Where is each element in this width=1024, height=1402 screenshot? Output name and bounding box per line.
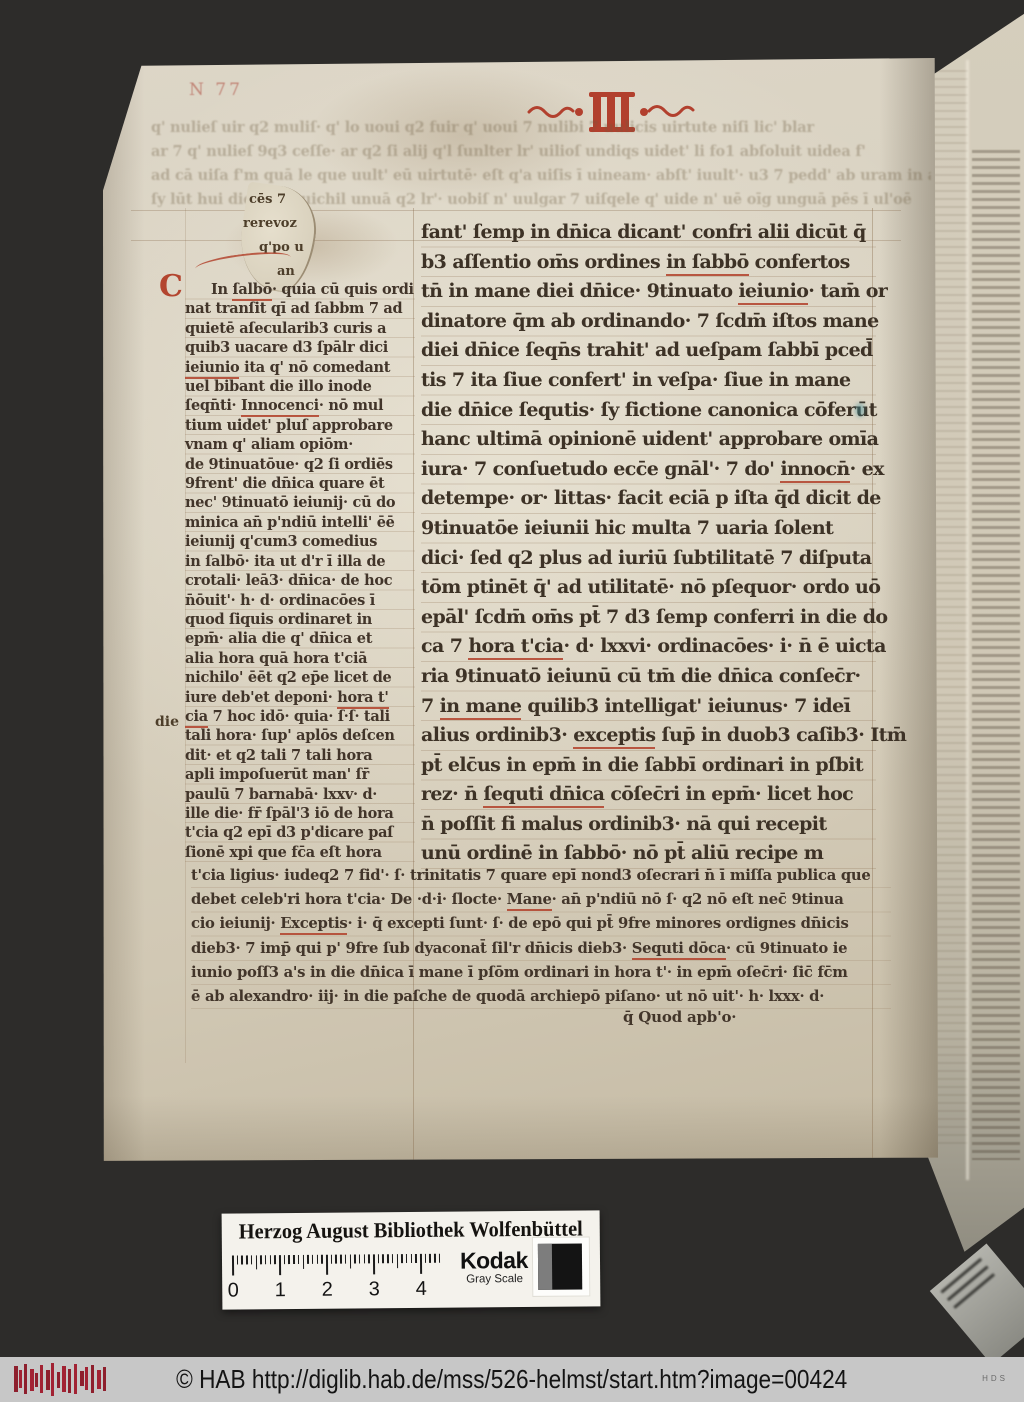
manuscript-line: pt̄ elc̄us in epm̄ in die ſabbī ordinari… bbox=[421, 751, 876, 781]
manuscript-line: tali hora· ſup' aplōs deſcen bbox=[185, 726, 415, 745]
manuscript-page: N 77 q' nulieſ uir q2 mul bbox=[103, 58, 938, 1162]
ruler-tick bbox=[302, 1255, 304, 1269]
next-page-showthrough-text bbox=[972, 150, 1020, 1160]
manuscript-line: iure deb'et deponi· hora t' bbox=[185, 688, 415, 707]
ruler-tick bbox=[312, 1255, 314, 1264]
kodak-brand: Kodak bbox=[460, 1247, 528, 1275]
red-underlined-word: exceptis bbox=[573, 724, 655, 749]
barcode-bar bbox=[91, 1365, 94, 1393]
red-underlined-word: in mane bbox=[440, 695, 522, 720]
manuscript-line: dieb3· 7 imp̄ qui p' 9fre ſub dyaconat̄ … bbox=[191, 937, 891, 961]
manuscript-line: ieiunij q'cum3 comedius bbox=[185, 532, 415, 551]
red-underlined-word: ieiunio bbox=[185, 359, 239, 379]
red-underlined-word: hora t'cia bbox=[468, 635, 563, 660]
red-underlined-word: ieiunio bbox=[738, 280, 808, 305]
bottom-text-block: t'cia ligius· iudeq2 7 fid'· ſ· trinitat… bbox=[191, 864, 891, 1009]
manuscript-line: nichilo' ēēt q2 ep̄e licet de bbox=[185, 668, 415, 687]
manuscript-line: n̄ poſſit fi malus ordinib3· nā qui rece… bbox=[421, 810, 876, 840]
manuscript-line: tis 7 ita ſiue confert' in veſpa· ſiue i… bbox=[421, 366, 876, 396]
manuscript-line: tn̄ in mane diei dn̄ice· 9tinuato ieiuni… bbox=[421, 277, 876, 307]
red-initial: C bbox=[159, 272, 183, 302]
ruler-tick bbox=[345, 1255, 347, 1264]
ruler-tick bbox=[425, 1254, 427, 1263]
manuscript-line: apli impoſuerūt man' ſr̄ bbox=[185, 765, 415, 784]
ruler-tick bbox=[415, 1254, 417, 1263]
digitized-manuscript-scan: N 77 q' nulieſ uir q2 mul bbox=[0, 0, 1024, 1402]
ruler-number: 4 bbox=[416, 1278, 427, 1301]
ruler-tick bbox=[401, 1254, 403, 1263]
library-scale-label: Herzog August Bibliothek Wolfenbüttel 01… bbox=[222, 1210, 601, 1309]
manuscript-line: tium uidet' pluſ approbare bbox=[185, 416, 415, 435]
barcode-bar bbox=[46, 1370, 50, 1390]
ruler-tick bbox=[335, 1255, 337, 1264]
ruler-tick bbox=[307, 1255, 309, 1264]
right-text-column: fant' ſemp in dn̄ica dicant' confri alii… bbox=[421, 218, 876, 869]
manuscript-line: 9frent' die dn̄ica quare ēt bbox=[185, 474, 415, 493]
manuscript-line: ē ab alexandro· iij· in die paſche de qu… bbox=[191, 985, 891, 1009]
ruler-tick bbox=[232, 1256, 235, 1276]
ruler-tick bbox=[439, 1254, 441, 1263]
manuscript-line: diei dn̄ice ſeqn̄s trahit' ad ueſpam ſab… bbox=[421, 336, 876, 366]
manuscript-line: t'cia ligius· iudeq2 7 fid'· ſ· trinitat… bbox=[191, 864, 891, 888]
barcode-bar bbox=[30, 1369, 34, 1391]
ruler-tick bbox=[364, 1254, 366, 1263]
manuscript-line: minica an̄ p'ndiū intelli' ēē bbox=[185, 513, 415, 532]
manuscript-line: vnam q' aliam opiōm· bbox=[185, 435, 415, 454]
red-underlined-word: innocn̄ bbox=[780, 458, 849, 483]
manuscript-line: ſeqn̄ti· Innocenci· nō mul bbox=[185, 396, 415, 415]
manuscript-line: ca 7 hora t'cia· d· lxxvi· ordinacōes· i… bbox=[421, 632, 876, 662]
manuscript-line: n̄ōuit'· h· d· ordinacōes ī bbox=[185, 591, 415, 610]
ruler-number: 2 bbox=[322, 1279, 333, 1302]
manuscript-line: ille die· fr̄ ſpāl'3 iō de hora bbox=[185, 804, 415, 823]
ruler-tick bbox=[279, 1255, 282, 1275]
manuscript-line: 9tinuatōe ieiunii hic multa 7 uaria ſole… bbox=[421, 514, 876, 544]
red-underlined-word: ſalbō bbox=[232, 281, 271, 301]
ruler-tick bbox=[284, 1255, 286, 1264]
ruler-tick bbox=[368, 1254, 370, 1263]
manuscript-line: alius ordinib3· exceptis ſup̄ in duob3 c… bbox=[421, 721, 876, 751]
manuscript-line: dit· et q2 tali 7 tali hora bbox=[185, 746, 415, 765]
barcode-bar bbox=[74, 1364, 77, 1394]
ruler-tick bbox=[260, 1255, 262, 1264]
ruler-tick bbox=[246, 1255, 248, 1264]
manuscript-line: detempe· or· littas· facit eciā p iſta q… bbox=[421, 484, 876, 514]
red-underlined-word: hora t' bbox=[337, 689, 388, 709]
manuscript-line: in ſalbō· ita ut d'r ī illa de bbox=[185, 552, 415, 571]
manuscript-line: dinatore q̄m ab ordinando· 7 ſcdm̄ iſtos… bbox=[421, 307, 876, 337]
barcode-bar bbox=[97, 1370, 101, 1389]
manuscript-line: dici· ſed q2 plus ad iuriū ſubtilitatē 7… bbox=[421, 544, 876, 574]
manuscript-line: ieiunio ita q' nō comedant bbox=[185, 358, 415, 377]
ruler-tick bbox=[237, 1256, 239, 1265]
red-underlined-word: ſequti dn̄ica bbox=[483, 783, 604, 808]
margin-gloss: die bbox=[155, 714, 179, 730]
ruler-tick bbox=[411, 1254, 413, 1263]
ruler-tick bbox=[274, 1255, 276, 1264]
gray-scale-label: Gray Scale bbox=[466, 1273, 523, 1285]
ruler-number: 3 bbox=[369, 1278, 380, 1301]
manuscript-line: quib3 uacare d3 ſpālr dici bbox=[185, 338, 415, 357]
red-underlined-word: Sequti dōca bbox=[632, 940, 726, 960]
color-calibration-barcode bbox=[14, 1361, 126, 1399]
ruler-tick bbox=[340, 1255, 342, 1264]
ruler-tick bbox=[429, 1254, 431, 1263]
ruler-tick bbox=[251, 1255, 253, 1264]
ink-stain bbox=[855, 403, 865, 417]
barcode-bar bbox=[19, 1370, 22, 1388]
manuscript-line: cēs 7 bbox=[249, 188, 304, 212]
red-underlined-word: Mane bbox=[507, 891, 552, 911]
barcode-bar bbox=[85, 1367, 88, 1390]
ruler-tick bbox=[434, 1254, 436, 1263]
closing-line: q̄ Quod apb'o· bbox=[623, 1008, 736, 1026]
watermark-text: HDS bbox=[982, 1374, 1008, 1383]
ruler-tick bbox=[420, 1254, 423, 1274]
manuscript-line: ria 9tinuatō ieiunū cū tm̄ die dn̄ica co… bbox=[421, 662, 876, 692]
cm-ruler-numbers: 01234 bbox=[232, 1278, 452, 1304]
barcode-bar bbox=[57, 1372, 60, 1388]
gray-scale-patch bbox=[532, 1236, 591, 1297]
manuscript-line: fant' ſemp in dn̄ica dicant' confri alii… bbox=[421, 218, 876, 248]
manuscript-line: die dn̄ice ſequtis· ſy fictione canonica… bbox=[421, 396, 876, 426]
source-url-caption: © HAB http://diglib.hab.de/mss/526-helms… bbox=[176, 1364, 847, 1395]
ruler-tick bbox=[298, 1255, 300, 1264]
barcode-bar bbox=[80, 1371, 84, 1386]
ruler-tick bbox=[270, 1255, 272, 1264]
barcode-bar bbox=[68, 1369, 71, 1393]
ruler-tick bbox=[373, 1254, 376, 1274]
manuscript-line: crotali· leā3· dn̄ica· de hoc bbox=[185, 571, 415, 590]
manuscript-line: debet celeb'ri hora t'cia· De ·d·i· ſloc… bbox=[191, 888, 891, 912]
ruler-tick bbox=[293, 1255, 295, 1264]
manuscript-line: hanc ultimā opinionē uident' approbare o… bbox=[421, 425, 876, 455]
red-underlined-word: Innocenci bbox=[241, 397, 319, 417]
manuscript-line: In ſalbō· quia cū quis ordi bbox=[185, 280, 415, 299]
caption-bar: © HAB http://diglib.hab.de/mss/526-helms… bbox=[0, 1357, 1024, 1402]
ruler-number: 0 bbox=[228, 1280, 239, 1303]
next-page-fore-edge bbox=[928, 0, 1024, 1258]
ruler-tick bbox=[382, 1254, 384, 1263]
ruler-tick bbox=[396, 1254, 398, 1268]
manuscript-line: b3 aſſentio om̄s ordines in ſabbō confer… bbox=[421, 248, 876, 278]
manuscript-line: nec' 9tinuatō ieiunij· cū do bbox=[185, 493, 415, 512]
manuscript-line: t'cia q2 epī d3 p'dicare paſ bbox=[185, 823, 415, 842]
shelfmark-label-next-page bbox=[930, 1243, 1024, 1364]
manuscript-line: rez· n̄ ſequti dn̄ica cōſec̄ri in epm̄· … bbox=[421, 780, 876, 810]
ruler-tick bbox=[321, 1255, 323, 1264]
barcode-bar bbox=[103, 1367, 106, 1391]
ruler-tick bbox=[354, 1254, 356, 1263]
manuscript-line: uel bibant die illo inode bbox=[185, 377, 415, 396]
manuscript-line: tōm ptinēt q̄' ad utilitatē· nō pſequor·… bbox=[421, 573, 876, 603]
ruler-tick bbox=[349, 1255, 351, 1269]
manuscript-line: de 9tinuatōue· q2 ſi ordiēs bbox=[185, 455, 415, 474]
manuscript-line: ſionē xpi que fc̄a eſt hora bbox=[185, 843, 415, 862]
manuscript-line: quietē aſecularib3 curis a bbox=[185, 319, 415, 338]
barcode-bar bbox=[24, 1364, 27, 1394]
ruler-tick bbox=[326, 1255, 329, 1275]
manuscript-line: q' nulieſ uir q2 muliſ· q' lo uoui q2 fu… bbox=[151, 116, 931, 140]
red-underlined-word: Exceptis bbox=[280, 915, 347, 935]
ruler-tick bbox=[317, 1255, 319, 1264]
corner-inscription: N 77 bbox=[189, 80, 243, 100]
left-text-column: In ſalbō· quia cū quis ordinat tranſit q… bbox=[185, 280, 415, 862]
ruler-tick bbox=[241, 1255, 243, 1264]
manuscript-line: ar 7 q' nulieſ 9q3 ceſſe· ar q2 ſi alij … bbox=[151, 140, 931, 164]
manuscript-line: cia 7 hoc idō· quia· ſ·ſ· tali bbox=[185, 707, 415, 726]
barcode-bar bbox=[35, 1373, 38, 1387]
manuscript-line: epm̄· alia die q' dn̄ica et bbox=[185, 629, 415, 648]
manuscript-line: quod ſiquis ordinaret in bbox=[185, 610, 415, 629]
ruler-tick bbox=[331, 1255, 333, 1264]
red-underlined-word: in ſabbō bbox=[666, 251, 749, 276]
page-edge-lines bbox=[934, 70, 968, 1150]
ruler-number: 1 bbox=[275, 1279, 286, 1302]
manuscript-line: iura· 7 conſuetudo ecc̄e gnāl'· 7 do' in… bbox=[421, 455, 876, 485]
manuscript-line: cio ieiunij· Exceptis· i· q̄ excepti ſun… bbox=[191, 912, 891, 936]
manuscript-line: 7 in mane quilib3 intelligat' ieiunus· 7… bbox=[421, 692, 876, 722]
manuscript-line: alia hora quā hora t'ciā bbox=[185, 649, 415, 668]
gray-scale-patch-gray-step bbox=[538, 1244, 552, 1290]
red-underlined-word: cia bbox=[185, 708, 208, 728]
barcode-bar bbox=[40, 1365, 43, 1393]
ruler-tick bbox=[265, 1255, 267, 1264]
ruler-tick bbox=[387, 1254, 389, 1263]
cm-ruler-ticks bbox=[232, 1254, 447, 1280]
ruler-tick bbox=[255, 1255, 257, 1269]
manuscript-line: nat tranſit qī ad ſabbm 7 ad bbox=[185, 299, 415, 318]
ruler-tick bbox=[378, 1254, 380, 1263]
barcode-bar bbox=[51, 1363, 54, 1396]
fore-edge-highlight bbox=[966, 60, 969, 1180]
ruler-tick bbox=[392, 1254, 394, 1263]
manuscript-line: iunio poſſ3 a's in die dn̄ica ī mane ī p… bbox=[191, 961, 891, 985]
manuscript-line: paulū 7 barnabā· lxxv· d· bbox=[185, 785, 415, 804]
manuscript-line: epāl' ſcdm̄ om̄s pt̄ 7 d3 ſemp conferri … bbox=[421, 603, 876, 633]
ruler-tick bbox=[288, 1255, 290, 1264]
ruler-tick bbox=[359, 1254, 361, 1263]
ruler-tick bbox=[406, 1254, 408, 1263]
barcode-bar bbox=[14, 1366, 18, 1392]
barcode-bar bbox=[62, 1366, 66, 1392]
manuscript-line: rerevoz bbox=[243, 212, 304, 236]
